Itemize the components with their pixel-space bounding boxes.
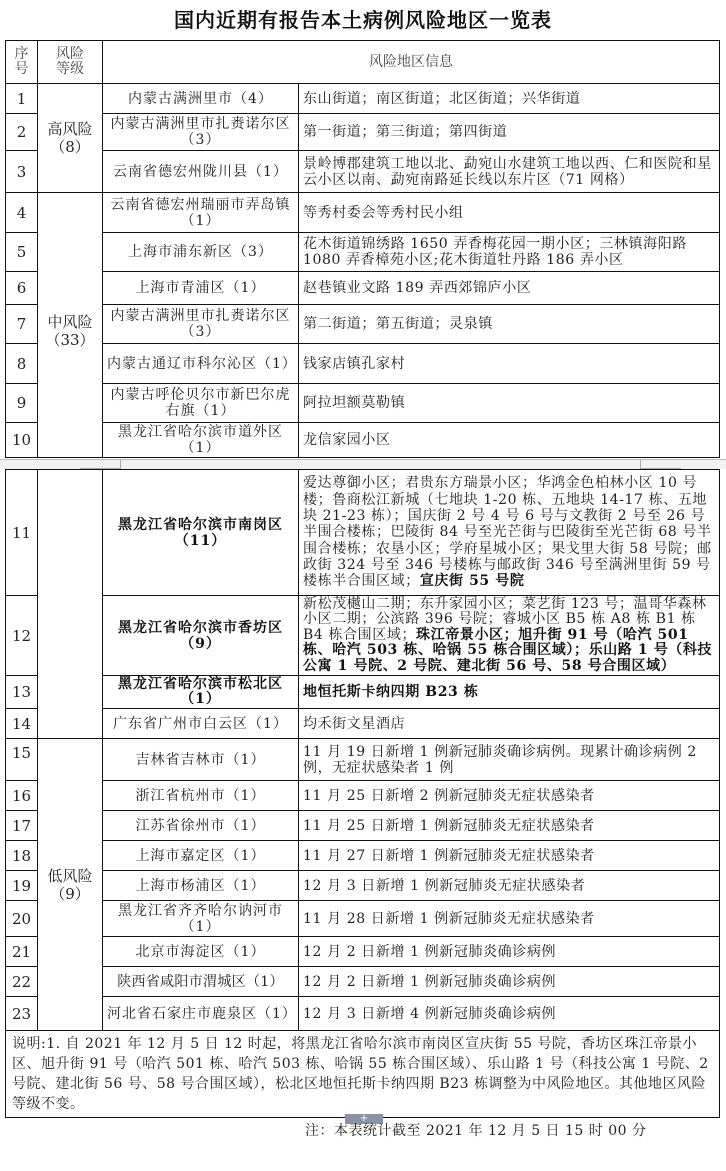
note-text: 说明:1. 自 2021 年 12 月 5 日 12 时起，将黑龙江省哈尔滨市南… [6, 1031, 720, 1118]
footnote: 注：本表统计截至 2021 年 12 月 5 日 15 时 00 分 [305, 1120, 646, 1140]
row-info: 11 月 27 日新增 1 例新冠肺炎无症状感染者 [299, 841, 720, 871]
row-info: 阿拉坦额莫勒镇 [299, 384, 720, 423]
table-row: 14 广东省广州市白云区（1） 均禾街文星酒店 [6, 709, 720, 739]
risk-level-label: 低风险（9） [47, 867, 92, 903]
row-no: 14 [6, 709, 38, 739]
table-row: 21 北京市海淀区（1） 12 月 2 日新增 1 例新冠肺炎确诊病例 [6, 937, 720, 967]
row-info: 第一街道；第三街道；第四街道 [299, 114, 720, 151]
row-region: 陕西省咸阳市渭城区（1） [103, 967, 299, 997]
row-region: 上海市嘉定区（1） [103, 841, 299, 871]
row-no: 12 [6, 596, 38, 676]
row-region: 吉林省吉林市（1） [103, 739, 299, 781]
table-row: 6 上海市青浦区（1） 赵巷镇业文路 189 弄西郊锦庐小区 [6, 272, 720, 305]
table-row: 10 黑龙江省哈尔滨市道外区（1） 龙信家园小区 [6, 423, 720, 458]
row-info: 12 月 3 日新增 4 例新冠肺炎确诊病例 [299, 997, 720, 1031]
row-region: 江苏省徐州市（1） [103, 811, 299, 841]
risk-table-part1: 序号 风险等级 风险地区信息 1 高风险（8） 内蒙古满洲里市（4） 东山街道；… [5, 40, 720, 458]
row-no: 15 [6, 739, 38, 781]
row-info: 等秀村委会等秀村民小组 [299, 193, 720, 233]
table-row: 8 内蒙古通辽市科尔沁区（1） 钱家店镇孔家村 [6, 344, 720, 384]
row-no: 16 [6, 781, 38, 811]
row-region: 上海市杨浦区（1） [103, 871, 299, 901]
table-row: 16 浙江省杭州市（1） 11 月 25 日新增 2 例新冠肺炎无症状感染者 [6, 781, 720, 811]
table-row: 4 中风险（33） 云南省德宏州瑞丽市弄岛镇（1） 等秀村委会等秀村民小组 [6, 193, 720, 233]
risk-level-low: 低风险（9） [38, 739, 103, 1031]
row-no: 5 [6, 233, 38, 272]
table-row: 9 内蒙古呼伦贝尔市新巴尔虎右旗（1） 阿拉坦额莫勒镇 [6, 384, 720, 423]
table-row: 3 云南省德宏州陇川县（1） 景岭博郡建筑工地以北、勐宛山水建筑工地以西、仁和医… [6, 151, 720, 193]
row-info: 爱达尊御小区；君贵东方瑞景小区；华鸿金色柏林小区 10 号楼；鲁商松江新城（七地… [299, 470, 720, 596]
row-no: 20 [6, 901, 38, 937]
row-region: 上海市浦东新区（3） [103, 233, 299, 272]
row-region: 内蒙古满洲里市（4） [103, 84, 299, 114]
row-no: 18 [6, 841, 38, 871]
row-region: 广东省广州市白云区（1） [103, 709, 299, 739]
table-header-row: 序号 风险等级 风险地区信息 [6, 41, 720, 84]
row-region: 内蒙古通辽市科尔沁区（1） [103, 344, 299, 384]
header-level: 风险等级 [38, 41, 103, 84]
row-region: 黑龙江省齐齐哈尔讷河市（1） [103, 901, 299, 937]
row-info-bold: 宣庆街 55 号院 [420, 573, 525, 589]
row-no: 13 [6, 676, 38, 709]
table-row: 1 高风险（8） 内蒙古满洲里市（4） 东山街道；南区街道；北区街道；兴华街道 [6, 84, 720, 114]
row-no: 17 [6, 811, 38, 841]
header-info: 风险地区信息 [103, 41, 720, 84]
page-break [0, 459, 726, 469]
table-row: 19 上海市杨浦区（1） 12 月 3 日新增 1 例新冠肺炎无症状感染者 [6, 871, 720, 901]
row-region: 浙江省杭州市（1） [103, 781, 299, 811]
row-info: 均禾街文星酒店 [299, 709, 720, 739]
table-row: 13 黑龙江省哈尔滨市松北区（1） 地恒托斯卡纳四期 B23 栋 [6, 676, 720, 709]
table-row: 2 内蒙古满洲里市扎赉诺尔区（3） 第一街道；第三街道；第四街道 [6, 114, 720, 151]
row-no: 23 [6, 997, 38, 1031]
row-info: 12 月 3 日新增 1 例新冠肺炎无症状感染者 [299, 871, 720, 901]
header-no: 序号 [6, 41, 38, 84]
page-title: 国内近期有报告本土病例风险地区一览表 [0, 4, 726, 33]
table-row: 18 上海市嘉定区（1） 11 月 27 日新增 1 例新冠肺炎无症状感染者 [6, 841, 720, 871]
row-no: 2 [6, 114, 38, 151]
risk-level-medium: 中风险（33） [38, 193, 103, 458]
row-info: 11 月 28 日新增 1 例新冠肺炎无症状感染者 [299, 901, 720, 937]
row-info: 11 月 25 日新增 1 例新冠肺炎无症状感染者 [299, 811, 720, 841]
row-region: 河北省石家庄市鹿泉区（1） [103, 997, 299, 1031]
risk-level-label: 中风险（33） [45, 313, 94, 349]
row-info: 花木街道锦绣路 1650 弄香梅花园一期小区；三林镇海阳路 1080 弄香樟苑小… [299, 233, 720, 272]
row-no: 19 [6, 871, 38, 901]
row-region: 上海市青浦区（1） [103, 272, 299, 305]
page-corner-mark [640, 460, 681, 469]
row-region: 内蒙古满洲里市扎赉诺尔区（3） [103, 114, 299, 151]
row-info: 地恒托斯卡纳四期 B23 栋 [299, 676, 720, 709]
row-no: 4 [6, 193, 38, 233]
table-row: 23 河北省石家庄市鹿泉区（1） 12 月 3 日新增 4 例新冠肺炎确诊病例 [6, 997, 720, 1031]
row-region: 黑龙江省哈尔滨市松北区（1） [103, 676, 299, 709]
row-region: 云南省德宏州瑞丽市弄岛镇（1） [103, 193, 299, 233]
row-info: 第二街道；第五街道；灵泉镇 [299, 305, 720, 344]
row-no: 8 [6, 344, 38, 384]
row-no: 22 [6, 967, 38, 997]
table-row: 7 内蒙古满洲里市扎赉诺尔区（3） 第二街道；第五街道；灵泉镇 [6, 305, 720, 344]
row-region: 黑龙江省哈尔滨市南岗区（11） [103, 470, 299, 596]
table-row: 5 上海市浦东新区（3） 花木街道锦绣路 1650 弄香梅花园一期小区；三林镇海… [6, 233, 720, 272]
row-region: 黑龙江省哈尔滨市道外区（1） [103, 423, 299, 458]
table-row: 22 陕西省咸阳市渭城区（1） 12 月 2 日新增 1 例新冠肺炎确诊病例 [6, 967, 720, 997]
table-row: 20 黑龙江省齐齐哈尔讷河市（1） 11 月 28 日新增 1 例新冠肺炎无症状… [6, 901, 720, 937]
row-info: 12 月 2 日新增 1 例新冠肺炎确诊病例 [299, 967, 720, 997]
risk-level-label: 高风险（8） [47, 120, 92, 156]
row-info: 东山街道；南区街道；北区街道；兴华街道 [299, 84, 720, 114]
row-info: 11 月 25 日新增 2 例新冠肺炎无症状感染者 [299, 781, 720, 811]
row-no: 10 [6, 423, 38, 458]
row-region: 内蒙古呼伦贝尔市新巴尔虎右旗（1） [103, 384, 299, 423]
risk-table-part2: 11 黑龙江省哈尔滨市南岗区（11） 爱达尊御小区；君贵东方瑞景小区；华鸿金色柏… [5, 469, 720, 1118]
row-region: 云南省德宏州陇川县（1） [103, 151, 299, 193]
row-region: 黑龙江省哈尔滨市香坊区（9） [103, 596, 299, 676]
row-no: 21 [6, 937, 38, 967]
table-row: 12 黑龙江省哈尔滨市香坊区（9） 新松茂樾山二期；东升家园小区；菜艺街 123… [6, 596, 720, 676]
row-info-bold: 地恒托斯卡纳四期 B23 栋 [303, 684, 478, 700]
row-no: 11 [6, 470, 38, 596]
row-info: 赵巷镇业文路 189 弄西郊锦庐小区 [299, 272, 720, 305]
risk-level-medium-cont [38, 470, 103, 739]
row-no: 9 [6, 384, 38, 423]
row-region: 内蒙古满洲里市扎赉诺尔区（3） [103, 305, 299, 344]
row-info: 龙信家园小区 [299, 423, 720, 458]
table-row: 17 江苏省徐州市（1） 11 月 25 日新增 1 例新冠肺炎无症状感染者 [6, 811, 720, 841]
table-row: 15 低风险（9） 吉林省吉林市（1） 11 月 19 日新增 1 例新冠肺炎确… [6, 739, 720, 781]
row-no: 1 [6, 84, 38, 114]
row-info: 景岭博郡建筑工地以北、勐宛山水建筑工地以西、仁和医院和星云小区以南、勐宛南路延长… [299, 151, 720, 193]
row-no: 6 [6, 272, 38, 305]
row-info: 钱家店镇孔家村 [299, 344, 720, 384]
table-row: 11 黑龙江省哈尔滨市南岗区（11） 爱达尊御小区；君贵东方瑞景小区；华鸿金色柏… [6, 470, 720, 596]
row-info: 12 月 2 日新增 1 例新冠肺炎确诊病例 [299, 937, 720, 967]
row-region: 北京市海淀区（1） [103, 937, 299, 967]
row-info: 11 月 19 日新增 1 例新冠肺炎确诊病例。现累计确诊病例 2 例，无症状感… [299, 739, 720, 781]
row-no: 7 [6, 305, 38, 344]
risk-level-high: 高风险（8） [38, 84, 103, 193]
page-corner-mark [80, 460, 121, 469]
row-info: 新松茂樾山二期；东升家园小区；菜艺街 123 号；温哥华森林小区二期；公滨路 3… [299, 596, 720, 676]
row-no: 3 [6, 151, 38, 193]
note-row: 说明:1. 自 2021 年 12 月 5 日 12 时起，将黑龙江省哈尔滨市南… [6, 1031, 720, 1118]
